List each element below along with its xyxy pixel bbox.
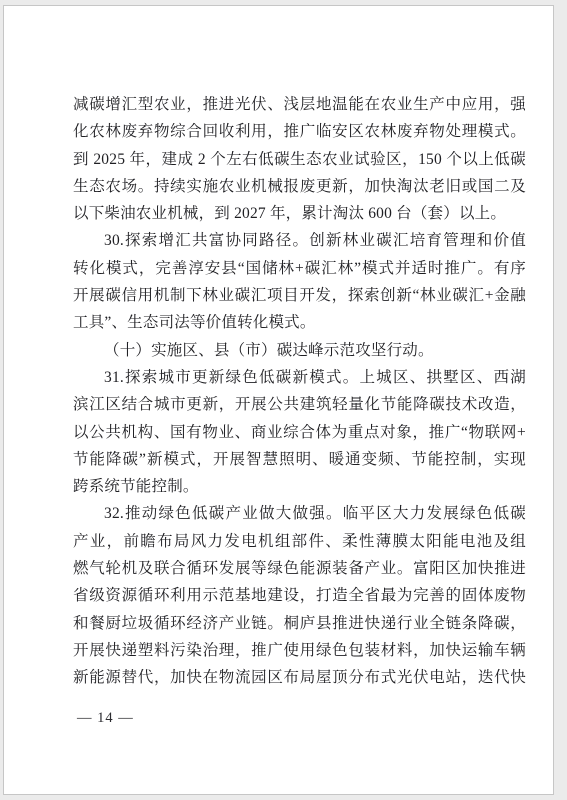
document-body: 减碳增汇型农业，推进光伏、浅层地温能在农业生产中应用，强化农林废弃物综合回收利用… <box>73 91 526 692</box>
text-line: 开展碳信用机制下林业碳汇项目开发，探索创新“林业碳汇+金融 <box>73 282 526 309</box>
text-line: 燃气轮机及联合循环发展等绿色能源装备产业。富阳区加快推进 <box>73 555 526 582</box>
text-line: 化农林废弃物综合回收利用，推广临安区农林废弃物处理模式。 <box>73 118 526 145</box>
text-line: 31.探索城市更新绿色低碳新模式。上城区、拱墅区、西湖区、 <box>73 364 526 391</box>
text-line: 30.探索增汇共富协同路径。创新林业碳汇培育管理和价值 <box>73 227 526 254</box>
page-number: — 14 — <box>77 710 134 727</box>
text-line: 以公共机构、国有物业、商业综合体为重点对象，推广“物联网+ <box>73 419 526 446</box>
text-line: 省级资源循环利用示范基地建设，打造全省最为完善的固体废物 <box>73 582 526 609</box>
text-line: 32.推动绿色低碳产业做大做强。临平区大力发展绿色低碳 <box>73 500 526 527</box>
para-30: 30.探索增汇共富协同路径。创新林业碳汇培育管理和价值转化模式，完善淳安县“国储… <box>73 227 526 336</box>
text-line: 工具”、生态司法等价值转化模式。 <box>73 309 526 336</box>
text-line: 节能降碳”新模式，开展智慧照明、暖通变频、节能控制，实现 <box>73 446 526 473</box>
text-line: 转化模式，完善淳安县“国储林+碳汇林”模式并适时推广。有序 <box>73 255 526 282</box>
para-29-continuation: 减碳增汇型农业，推进光伏、浅层地温能在农业生产中应用，强化农林废弃物综合回收利用… <box>73 91 526 227</box>
text-line: 滨江区结合城市更新，开展公共建筑轻量化节能降碳技术改造， <box>73 391 526 418</box>
text-line: （十）实施区、县（市）碳达峰示范攻坚行动。 <box>73 337 526 364</box>
para-31: 31.探索城市更新绿色低碳新模式。上城区、拱墅区、西湖区、滨江区结合城市更新，开… <box>73 364 526 500</box>
text-line: 减碳增汇型农业，推进光伏、浅层地温能在农业生产中应用，强 <box>73 91 526 118</box>
text-line: 以下柴油农业机械，到 2027 年，累计淘汰 600 台（套）以上。 <box>73 200 526 227</box>
document-page: 减碳增汇型农业，推进光伏、浅层地温能在农业生产中应用，强化农林废弃物综合回收利用… <box>3 5 554 795</box>
document-viewer-background: 减碳增汇型农业，推进光伏、浅层地温能在农业生产中应用，强化农林废弃物综合回收利用… <box>0 0 567 800</box>
text-line: 跨系统节能控制。 <box>73 473 526 500</box>
text-line: 和餐厨垃圾循环经济产业链。桐庐县推进快递行业全链条降碳， <box>73 610 526 637</box>
text-line: 开展快递塑料污染治理，推广使用绿色包装材料，加快运输车辆 <box>73 637 526 664</box>
text-line: 生态农场。持续实施农业机械报废更新，加快淘汰老旧或国二及 <box>73 173 526 200</box>
heading-section-10: （十）实施区、县（市）碳达峰示范攻坚行动。 <box>73 337 526 364</box>
para-32: 32.推动绿色低碳产业做大做强。临平区大力发展绿色低碳产业，前瞻布局风力发电机组… <box>73 500 526 691</box>
text-line: 产业，前瞻布局风力发电机组部件、柔性薄膜太阳能电池及组件、 <box>73 528 526 555</box>
text-line: 新能源替代，加快在物流园区布局屋顶分布式光伏电站，迭代快 <box>73 664 526 691</box>
text-line: 到 2025 年，建成 2 个左右低碳生态农业试验区，150 个以上低碳 <box>73 146 526 173</box>
